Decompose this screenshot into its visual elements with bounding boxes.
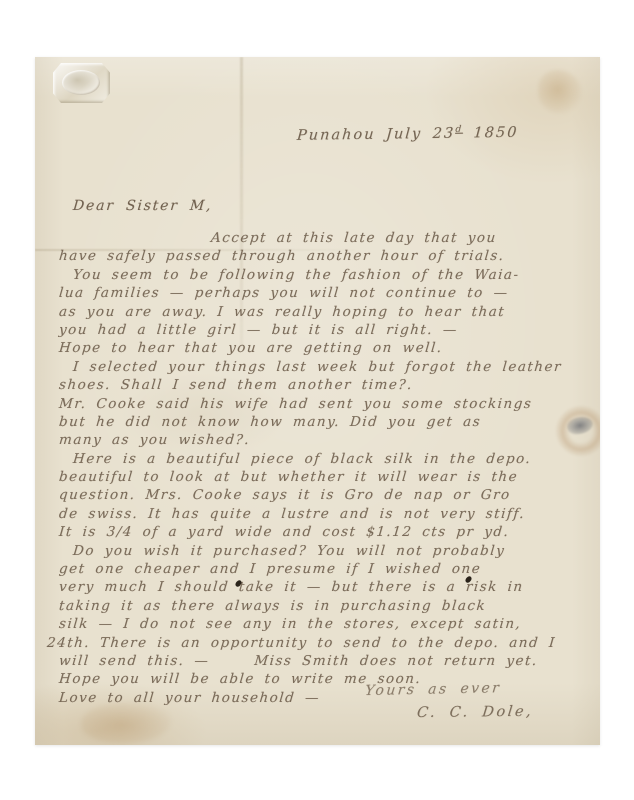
letter-line: as you are away. I was really hoping to …	[58, 303, 592, 321]
letter-line: many as you wished?.	[58, 431, 592, 449]
letter-line: 24th. There is an opportunity to send to…	[46, 634, 592, 652]
letter-line: question. Mrs. Cooke says it is Gro de n…	[58, 486, 592, 504]
letter-line: Accept at this late day that you	[210, 229, 592, 247]
letter-line: you had a little girl — but it is all ri…	[58, 321, 592, 339]
letter-line: de swiss. It has quite a lustre and is n…	[58, 505, 592, 523]
letter-line: beautiful to look at but whether it will…	[58, 468, 592, 486]
salutation: Dear Sister M,	[72, 198, 213, 214]
letter-line: get one cheaper and I presume if I wishe…	[58, 560, 592, 578]
dateline-year: 1850	[462, 125, 519, 142]
letter-line: but he did not know how many. Did you ge…	[58, 413, 592, 431]
letter-body: Accept at this late day that youhave saf…	[59, 229, 591, 707]
foxing-stain-bottom-left	[81, 702, 171, 744]
letter-line: Hope you will be able to write me soon.	[58, 670, 592, 688]
foxing-stain-top-right	[538, 70, 582, 114]
letter-line: Do you wish it purchased? You will not p…	[72, 542, 592, 560]
scan-background: Punahou July 23d 1850 Dear Sister M, Acc…	[0, 0, 634, 800]
letter-line: taking it as there always is in purchasi…	[58, 597, 592, 615]
letter-line: You seem to be following the fashion of …	[72, 266, 592, 284]
closing: Yours as ever	[364, 680, 502, 699]
dateline: Punahou July 23d 1850	[296, 124, 519, 144]
letter-line: I selected your things last week but for…	[72, 358, 592, 376]
signature-name: C. C. Dole,	[416, 704, 534, 721]
letter-line: Hope to hear that you are getting on wel…	[58, 339, 592, 357]
letter-line: It is 3/4 of a yard wide and cost $1.12 …	[58, 523, 592, 541]
letter-paper: Punahou July 23d 1850 Dear Sister M, Acc…	[35, 57, 600, 745]
dateline-place-month: Punahou July 23	[296, 126, 455, 144]
letter-line: very much I should take it — but there i…	[58, 578, 592, 596]
letter-line: lua families — perhaps you will not cont…	[58, 284, 592, 302]
letter-line: will send this. — Miss Smith does not re…	[58, 652, 592, 670]
letter-line: Here is a beautiful piece of black silk …	[72, 450, 592, 468]
letter-line: shoes. Shall I send them another time?.	[58, 376, 592, 394]
embossed-seal-icon	[53, 63, 110, 103]
letter-line: silk — I do not see any in the stores, e…	[58, 615, 592, 633]
letter-line: have safely passed through another hour …	[58, 247, 592, 265]
letter-line: Mr. Cooke said his wife had sent you som…	[58, 395, 592, 413]
